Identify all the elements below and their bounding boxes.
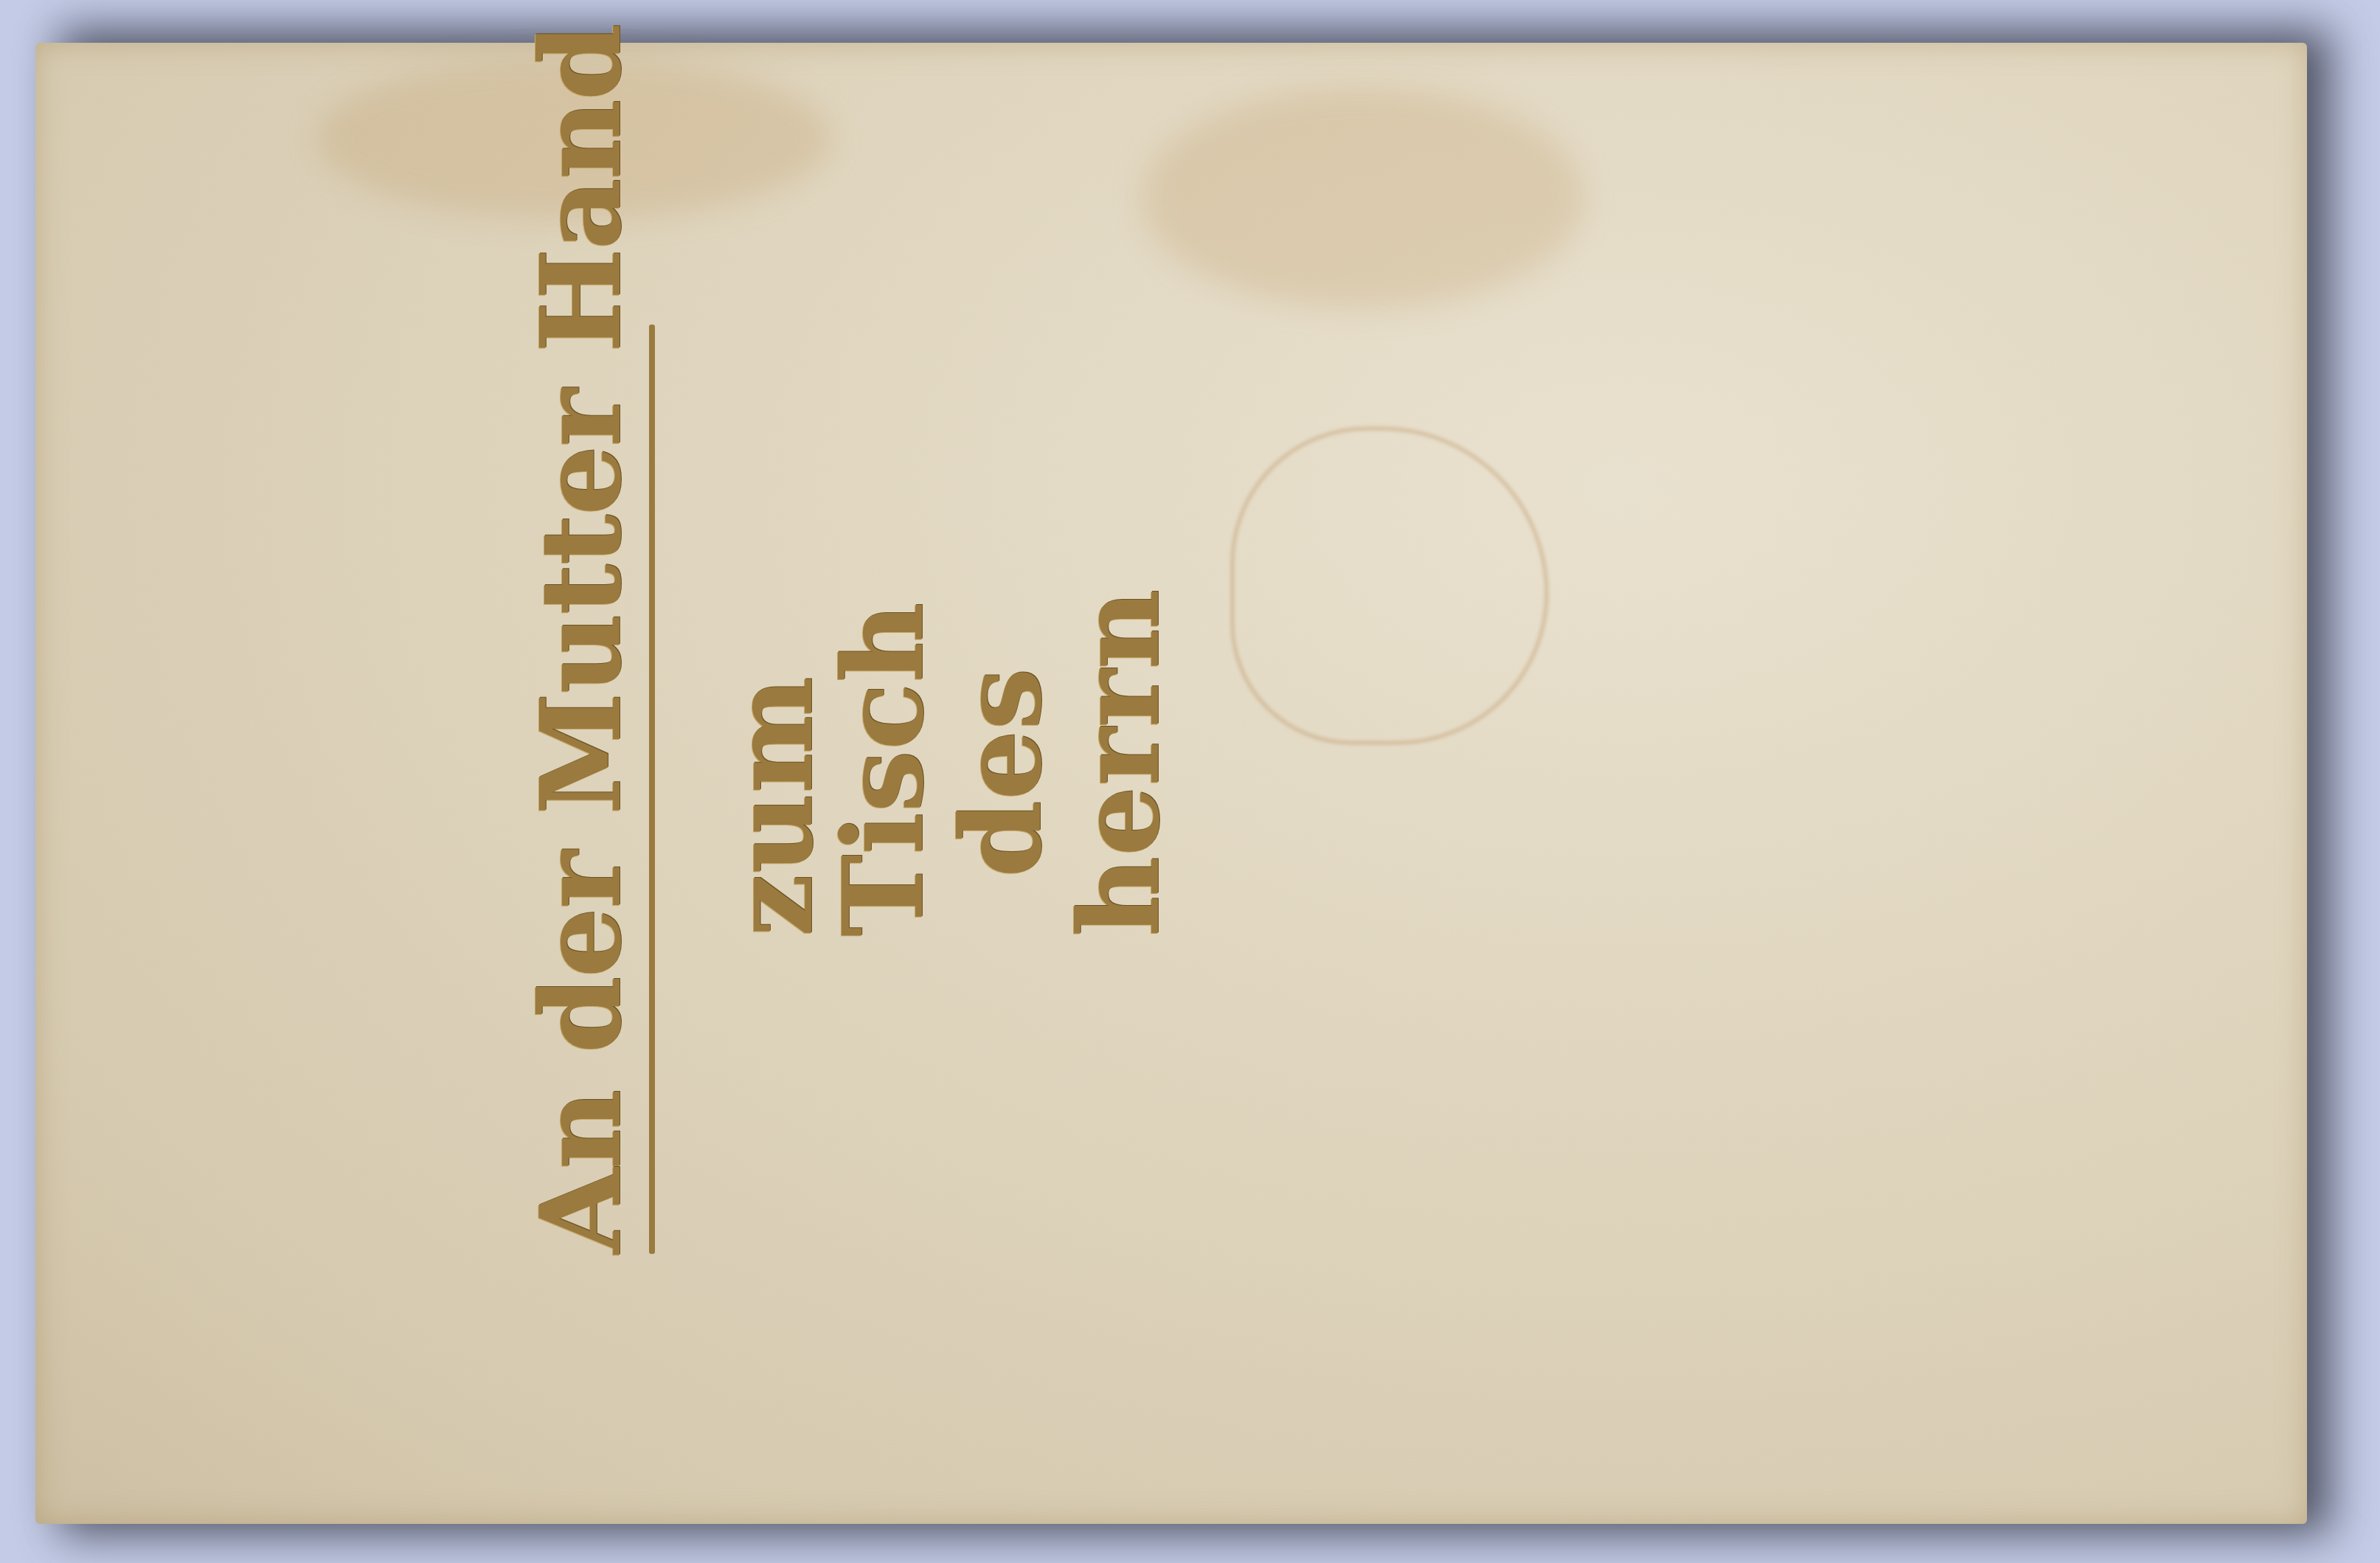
title-line-2: Tisch [819, 603, 948, 937]
gold-rule [649, 325, 655, 1254]
water-stain [1230, 426, 1549, 745]
stain [1142, 87, 1584, 308]
title-line-4: herrn [1055, 589, 1184, 937]
title-line-3: des [937, 668, 1066, 878]
subtitle-text: An der Mutter Hand [516, 25, 646, 1254]
